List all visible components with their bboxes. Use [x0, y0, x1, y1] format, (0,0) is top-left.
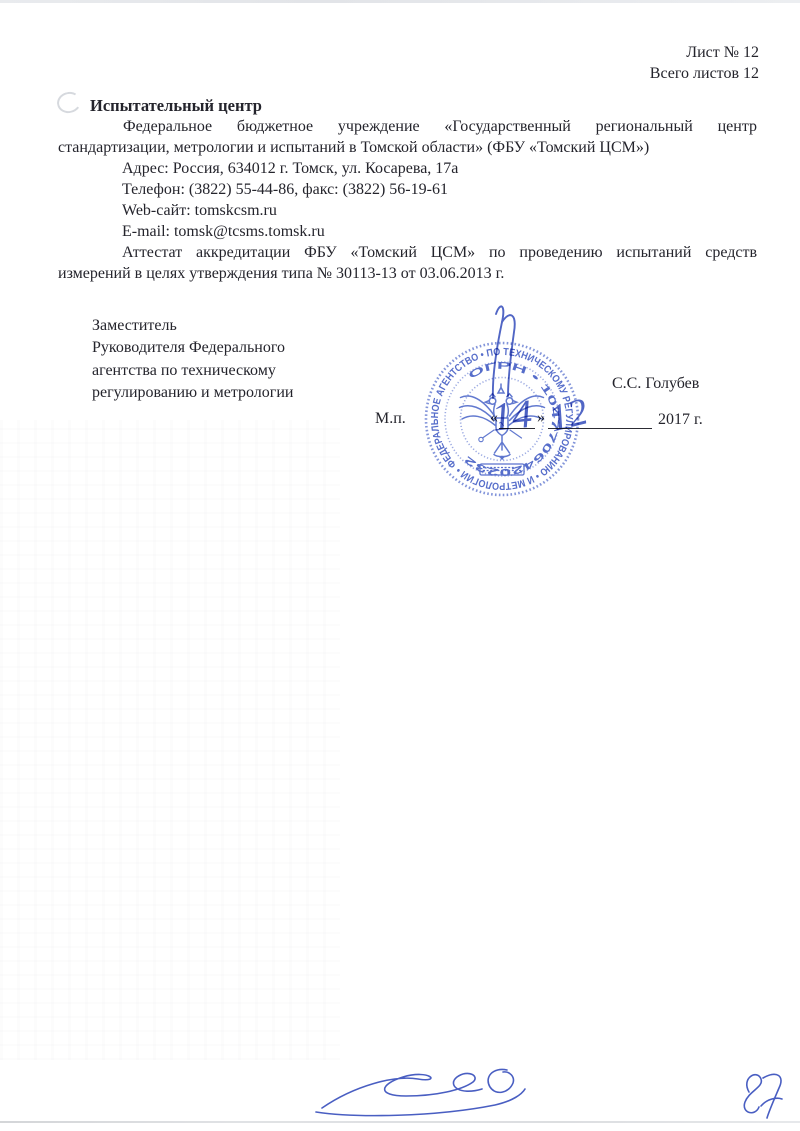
sheet-number: Лист № 12: [686, 43, 759, 63]
address-line: Адрес: Россия, 634012 г. Томск, ул. Коса…: [122, 159, 458, 179]
accreditation-line2: измерений в целях утверждения типа № 301…: [58, 264, 504, 284]
punch-hole-artifact: [55, 90, 83, 116]
handwritten-month-ink: 12: [540, 378, 612, 442]
accreditation-line1: Аттестат аккредитации ФБУ «Томский ЦСМ» …: [122, 243, 757, 263]
scan-noise: [0, 420, 340, 1060]
section-heading: Испытательный центр: [90, 96, 262, 116]
email-line: E-mail: tomsk@tcsms.tomsk.ru: [122, 222, 325, 242]
phone-line: Телефон: (3822) 55-44-86, факс: (3822) 5…: [122, 180, 448, 200]
pen-flourish-strokes: [493, 306, 515, 398]
org-name-line2: стандартизации, метрологии и испытаний в…: [58, 138, 649, 158]
position-line-4: регулированию и метрологии: [92, 382, 293, 404]
signature-small: [732, 1066, 796, 1126]
official-position: Заместитель Руководителя Федерального аг…: [92, 315, 293, 404]
position-line-1: Заместитель: [92, 315, 293, 337]
website-line: Web-сайт: tomskcsm.ru: [122, 201, 277, 221]
signer-name: С.С. Голубев: [612, 374, 699, 394]
handwritten-month-digits: 12: [545, 390, 592, 440]
signature-large: [310, 1060, 544, 1126]
date-year: 2017 г.: [658, 410, 703, 430]
seal-place-label: М.п.: [375, 409, 406, 429]
sheet-total: Всего листов 12: [650, 64, 759, 84]
stamp-star: ★: [499, 454, 506, 463]
org-name-line1: Федеральное бюджетное учреждение «Госуда…: [123, 117, 757, 137]
scanned-document: { "header": { "sheet_label": "Лист № 12"…: [0, 0, 800, 1131]
position-line-2: Руководителя Федерального: [92, 337, 293, 359]
handwritten-day-digits: 14: [490, 391, 534, 440]
position-line-3: агентства по техническому: [92, 360, 293, 382]
scan-edge-top: [0, 0, 800, 3]
